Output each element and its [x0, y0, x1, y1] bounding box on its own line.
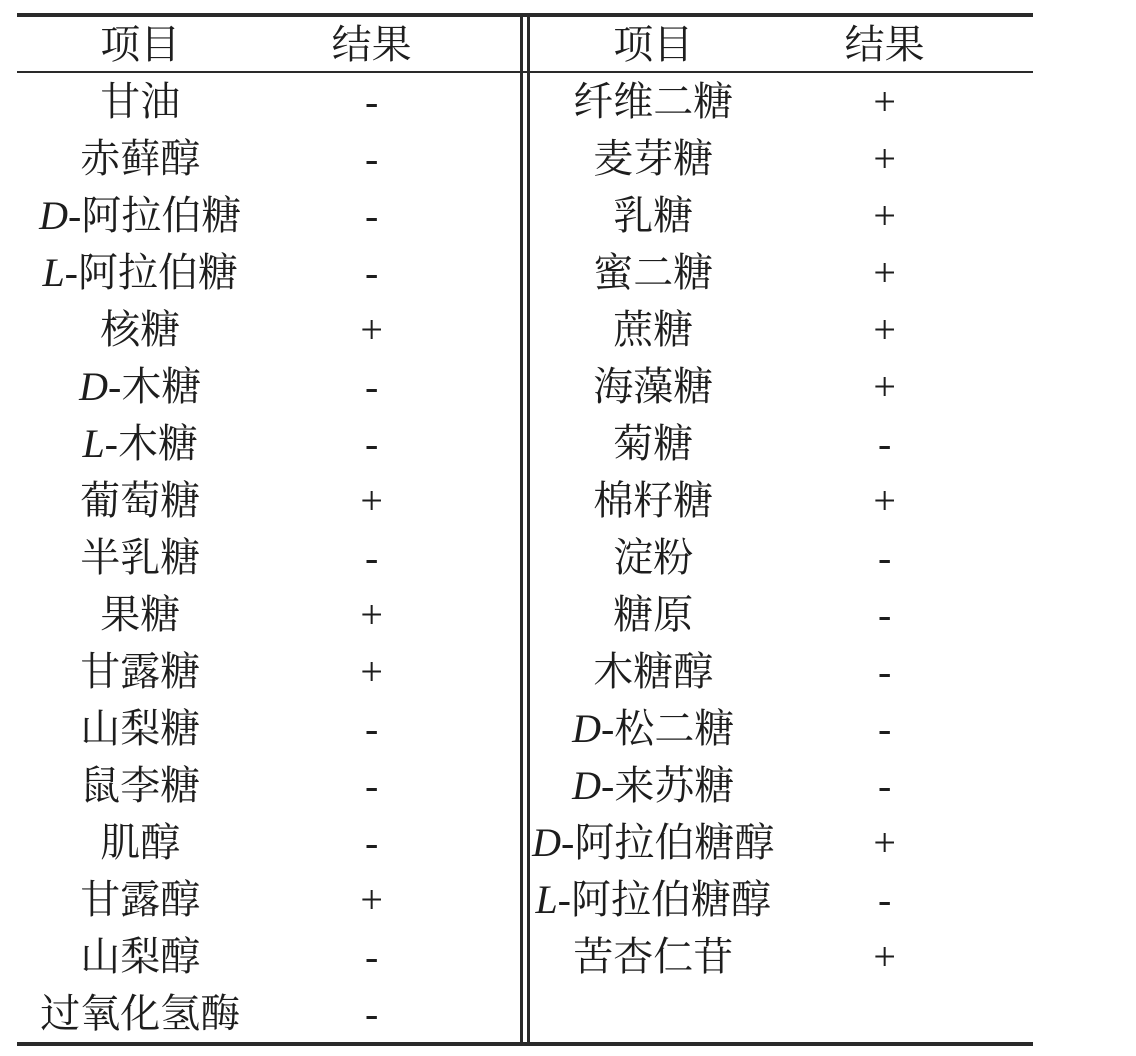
result-cell: +	[776, 814, 992, 871]
item-cell: 海藻糖	[530, 358, 776, 415]
filler-cell	[480, 985, 520, 1042]
header-row: 项目 结果	[17, 17, 520, 73]
item-name: 山梨糖	[80, 706, 200, 751]
item-cell: 半乳糖	[17, 529, 263, 586]
item-cell: 果糖	[17, 586, 263, 643]
result-cell: +	[776, 301, 992, 358]
table-row: 甘油 -	[17, 73, 520, 130]
filler-cell	[480, 301, 520, 358]
item-cell: 山梨醇	[17, 928, 263, 985]
item-name: 纤维二糖	[573, 79, 733, 124]
item-name: 甘油	[100, 79, 180, 124]
result-cell: -	[776, 415, 992, 472]
item-name: 半乳糖	[80, 535, 200, 580]
filler-cell	[480, 415, 520, 472]
filler-cell	[480, 529, 520, 586]
result-cell: +	[776, 130, 992, 187]
item-name: 蜜二糖	[593, 250, 713, 295]
table-row: 海藻糖 +	[530, 358, 1033, 415]
right-table: 项目 结果 纤维二糖 + 麦芽糖 + 乳糖 + 蜜二糖 + 蔗糖 + 海藻糖 +	[530, 17, 1033, 985]
table-row: 蜜二糖 +	[530, 244, 1033, 301]
result-cell: -	[263, 985, 479, 1042]
filler-cell	[993, 814, 1033, 871]
result-cell: +	[776, 928, 992, 985]
filler-cell	[993, 700, 1033, 757]
table-row: 果糖 +	[17, 586, 520, 643]
result-cell: -	[263, 73, 479, 130]
item-cell: 蔗糖	[530, 301, 776, 358]
result-cell: +	[776, 244, 992, 301]
table-row: 甘露醇 +	[17, 871, 520, 928]
result-cell: -	[776, 757, 992, 814]
result-cell: -	[263, 700, 479, 757]
table-row: D-木糖 -	[17, 358, 520, 415]
filler-header	[480, 17, 520, 73]
item-prefix: D-	[79, 364, 121, 409]
item-prefix: L-	[535, 877, 571, 922]
table-row: 菊糖 -	[530, 415, 1033, 472]
table-row: 甘露糖 +	[17, 643, 520, 700]
filler-cell	[993, 187, 1033, 244]
item-cell: 菊糖	[530, 415, 776, 472]
item-column-header: 项目	[530, 17, 776, 73]
result-cell: -	[776, 643, 992, 700]
item-name: 甘露糖	[80, 649, 200, 694]
item-prefix: L-	[82, 421, 118, 466]
filler-cell	[480, 871, 520, 928]
item-name: 葡萄糖	[80, 478, 200, 523]
table-row: D-阿拉伯糖 -	[17, 187, 520, 244]
filler-cell	[993, 586, 1033, 643]
table-row: L-木糖 -	[17, 415, 520, 472]
table-row: D-来苏糖 -	[530, 757, 1033, 814]
result-cell: +	[263, 301, 479, 358]
table-row: 核糖 +	[17, 301, 520, 358]
item-name: 乳糖	[613, 193, 693, 238]
result-cell: +	[776, 187, 992, 244]
filler-cell	[993, 130, 1033, 187]
table-row: 鼠李糖 -	[17, 757, 520, 814]
item-cell: D-阿拉伯糖醇	[530, 814, 776, 871]
table-row: D-阿拉伯糖醇 +	[530, 814, 1033, 871]
item-name: 木糖	[121, 364, 201, 409]
item-name: 淀粉	[613, 535, 693, 580]
filler-cell	[480, 187, 520, 244]
item-name: 果糖	[100, 592, 180, 637]
result-cell: -	[263, 928, 479, 985]
filler-cell	[993, 73, 1033, 130]
result-cell: +	[776, 73, 992, 130]
item-cell: 山梨糖	[17, 700, 263, 757]
filler-cell	[993, 244, 1033, 301]
filler-cell	[993, 643, 1033, 700]
result-cell: -	[776, 586, 992, 643]
filler-cell	[993, 928, 1033, 985]
table-row: 半乳糖 -	[17, 529, 520, 586]
item-cell: 棉籽糖	[530, 472, 776, 529]
item-cell: 肌醇	[17, 814, 263, 871]
item-cell: 甘露糖	[17, 643, 263, 700]
filler-cell	[480, 472, 520, 529]
item-name: 甘露醇	[80, 877, 200, 922]
left-table: 项目 结果 甘油 - 赤藓醇 - D-阿拉伯糖 - L-阿拉伯糖 - 核糖 + …	[17, 17, 520, 1042]
item-name: 鼠李糖	[80, 763, 200, 808]
item-name: 来苏糖	[614, 763, 734, 808]
filler-cell	[993, 529, 1033, 586]
table-row: 赤藓醇 -	[17, 130, 520, 187]
filler-header	[993, 17, 1033, 73]
item-name: 菊糖	[613, 421, 693, 466]
filler-cell	[480, 586, 520, 643]
item-cell: 葡萄糖	[17, 472, 263, 529]
item-cell: 蜜二糖	[530, 244, 776, 301]
item-name: 阿拉伯糖醇	[574, 820, 774, 865]
table-row: 葡萄糖 +	[17, 472, 520, 529]
item-name: 棉籽糖	[593, 478, 713, 523]
item-cell: 甘油	[17, 73, 263, 130]
table-left-panel: 项目 结果 甘油 - 赤藓醇 - D-阿拉伯糖 - L-阿拉伯糖 - 核糖 + …	[17, 17, 520, 1042]
item-name: 木糖醇	[593, 649, 713, 694]
table-row: D-松二糖 -	[530, 700, 1033, 757]
filler-cell	[993, 472, 1033, 529]
filler-cell	[993, 301, 1033, 358]
table-row: 过氧化氢酶 -	[17, 985, 520, 1042]
item-cell: L-阿拉伯糖	[17, 244, 263, 301]
table-row: 乳糖 +	[530, 187, 1033, 244]
item-prefix: D-	[532, 820, 574, 865]
result-cell: -	[263, 130, 479, 187]
result-cell: +	[263, 643, 479, 700]
result-column-header: 结果	[776, 17, 992, 73]
filler-cell	[480, 358, 520, 415]
item-cell: 鼠李糖	[17, 757, 263, 814]
item-name: 蔗糖	[613, 307, 693, 352]
result-cell: -	[776, 700, 992, 757]
item-name: 麦芽糖	[593, 136, 713, 181]
filler-cell	[480, 643, 520, 700]
item-cell: D-阿拉伯糖	[17, 187, 263, 244]
result-cell: -	[263, 244, 479, 301]
item-cell: 纤维二糖	[530, 73, 776, 130]
result-cell: -	[263, 415, 479, 472]
filler-cell	[480, 73, 520, 130]
item-name: 核糖	[100, 307, 180, 352]
item-cell: L-阿拉伯糖醇	[530, 871, 776, 928]
result-cell: +	[263, 871, 479, 928]
item-name: 苦杏仁苷	[573, 934, 733, 979]
item-name: 木糖	[118, 421, 198, 466]
table-row: 苦杏仁苷 +	[530, 928, 1033, 985]
table-row: L-阿拉伯糖 -	[17, 244, 520, 301]
item-name: 海藻糖	[593, 364, 713, 409]
table-row: 棉籽糖 +	[530, 472, 1033, 529]
item-cell: 甘露醇	[17, 871, 263, 928]
result-cell: -	[263, 529, 479, 586]
item-cell: 过氧化氢酶	[17, 985, 263, 1042]
result-cell: -	[263, 757, 479, 814]
filler-cell	[993, 415, 1033, 472]
item-name: 山梨醇	[80, 934, 200, 979]
result-cell: +	[776, 358, 992, 415]
item-name: 糖原	[613, 592, 693, 637]
header-separator-line	[17, 71, 1033, 73]
header-row: 项目 结果	[530, 17, 1033, 73]
item-prefix: L-	[42, 250, 78, 295]
result-cell: +	[776, 472, 992, 529]
item-name: 阿拉伯糖醇	[571, 877, 771, 922]
item-cell: 核糖	[17, 301, 263, 358]
table-right-panel: 项目 结果 纤维二糖 + 麦芽糖 + 乳糖 + 蜜二糖 + 蔗糖 + 海藻糖 +	[520, 17, 1033, 1042]
table-row: 淀粉 -	[530, 529, 1033, 586]
item-cell: L-木糖	[17, 415, 263, 472]
item-prefix: D-	[572, 706, 614, 751]
item-cell: 赤藓醇	[17, 130, 263, 187]
item-cell: 麦芽糖	[530, 130, 776, 187]
item-column-header: 项目	[17, 17, 263, 73]
item-cell: 糖原	[530, 586, 776, 643]
result-cell: -	[263, 358, 479, 415]
table-row: 糖原 -	[530, 586, 1033, 643]
item-cell: D-木糖	[17, 358, 263, 415]
result-cell: -	[776, 529, 992, 586]
result-column-header: 结果	[263, 17, 479, 73]
table-row: 肌醇 -	[17, 814, 520, 871]
result-cell: +	[263, 586, 479, 643]
result-cell: -	[263, 814, 479, 871]
item-cell: 淀粉	[530, 529, 776, 586]
item-cell: 苦杏仁苷	[530, 928, 776, 985]
filler-cell	[480, 757, 520, 814]
item-name: 阿拉伯糖	[81, 193, 241, 238]
item-prefix: D-	[39, 193, 81, 238]
filler-cell	[480, 130, 520, 187]
item-cell: 木糖醇	[530, 643, 776, 700]
filler-cell	[480, 928, 520, 985]
item-prefix: D-	[572, 763, 614, 808]
item-name: 赤藓醇	[80, 136, 200, 181]
result-cell: +	[263, 472, 479, 529]
table-row: 山梨糖 -	[17, 700, 520, 757]
filler-cell	[480, 700, 520, 757]
filler-cell	[993, 358, 1033, 415]
filler-cell	[480, 814, 520, 871]
filler-cell	[993, 871, 1033, 928]
item-cell: D-来苏糖	[530, 757, 776, 814]
table-row: 蔗糖 +	[530, 301, 1033, 358]
item-name: 松二糖	[614, 706, 734, 751]
item-cell: 乳糖	[530, 187, 776, 244]
filler-cell	[480, 244, 520, 301]
item-name: 肌醇	[100, 820, 180, 865]
table-row: L-阿拉伯糖醇 -	[530, 871, 1033, 928]
table-row: 纤维二糖 +	[530, 73, 1033, 130]
results-table: 项目 结果 甘油 - 赤藓醇 - D-阿拉伯糖 - L-阿拉伯糖 - 核糖 + …	[17, 13, 1033, 1046]
item-cell: D-松二糖	[530, 700, 776, 757]
result-cell: -	[263, 187, 479, 244]
table-row: 木糖醇 -	[530, 643, 1033, 700]
filler-cell	[993, 757, 1033, 814]
result-cell: -	[776, 871, 992, 928]
item-name: 过氧化氢酶	[40, 991, 240, 1036]
table-row: 山梨醇 -	[17, 928, 520, 985]
table-row: 麦芽糖 +	[530, 130, 1033, 187]
item-name: 阿拉伯糖	[78, 250, 238, 295]
